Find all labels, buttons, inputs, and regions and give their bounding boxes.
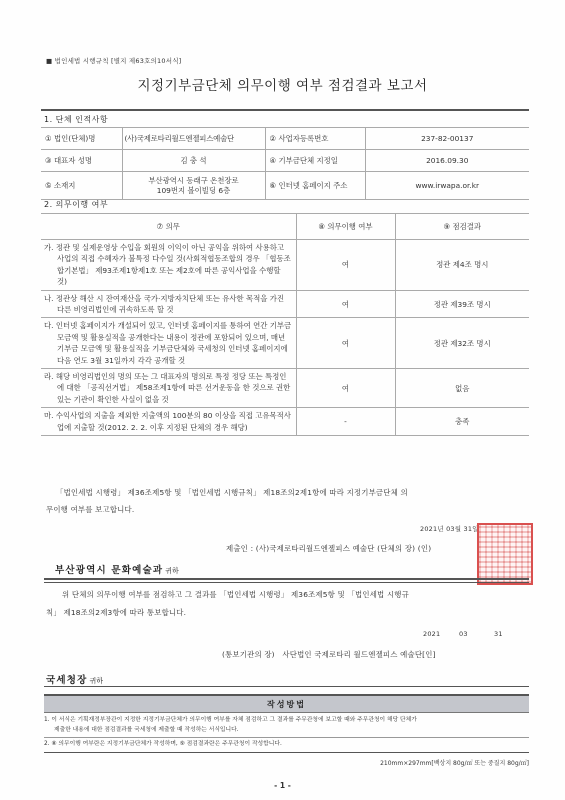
obligation-row: 마. 수익사업의 지출을 제외한 지출액의 100분의 80 이상을 직접 고유…	[41, 408, 529, 436]
notification-date-day: 31	[494, 627, 503, 641]
duty-text: 라. 해당 비영리법인의 명의 또는 그 대표자의 명의로 특정 정당 또는 특…	[44, 371, 292, 405]
obligation-row: 가. 정관 및 실제운영상 수입을 회원의 이익이 아닌 공익을 위하여 사용하…	[41, 240, 529, 291]
submitter: 제출인 : (사)국제로타리월드엔젤피스 예술단 (단체의 장) (인)	[226, 542, 431, 556]
info-row: ① 법인(단체)명 (사)국제로타리월드엔젤피스예술단 ② 사업자등록번호 23…	[41, 128, 529, 150]
address-value: 부산광역시 동래구 온천장로 109번지 볼이빌딩 6층	[122, 172, 265, 200]
duty-text: 가. 정관 및 실제운영상 수입을 회원의 이익이 아닌 공익을 위하여 사용하…	[44, 242, 292, 288]
section1-top-rule	[41, 109, 529, 111]
designation-date-label: ④ 기부금단체 지정일	[265, 150, 365, 172]
duty-cell: 다. 인터넷 홈페이지가 개설되어 있고, 인터넷 홈페이지를 통하여 연간 기…	[41, 318, 296, 369]
notification-date-month: 03	[459, 627, 468, 641]
divider-rule	[44, 582, 529, 583]
result-cell: 정관 제32조 명시	[395, 318, 529, 369]
homepage-label: ⑥ 인터넷 홈페이지 주소	[265, 172, 365, 200]
compliance-cell: 여	[296, 240, 395, 291]
obligation-row: 나. 정관상 해산 시 잔여재산을 국가·지방자치단체 또는 유사한 목적을 가…	[41, 290, 529, 318]
divider-rule	[44, 578, 529, 580]
notification-date-year: 2021	[423, 627, 440, 641]
notification-addressee: 국세청장귀하	[46, 672, 103, 686]
org-name-value: (사)국제로타리월드엔젤피스예술단	[122, 128, 265, 150]
report-statement-line1: 「법인세법 시행령」 제36조제5항 및 「법인세법 시행규칙」 제18조의2제…	[56, 486, 408, 500]
column-compliance: ⑧ 의무이행 여부	[296, 214, 395, 240]
instruction-item-1-line2: 제출한 내용에 대한 점검결과를 국세청에 제출할 때 작성하는 서식입니다.	[54, 726, 239, 736]
compliance-cell: 여	[296, 369, 395, 408]
instructions-heading: 작성방법	[44, 694, 529, 713]
info-row: ③ 대표자 성명 김 충 석 ④ 기부금단체 지정일 2016.09.30	[41, 150, 529, 172]
form-number: ■ 법인세법 시행규칙 [별지 제63호의10서식]	[46, 56, 181, 65]
result-cell: 없음	[395, 369, 529, 408]
divider-rule	[44, 737, 529, 738]
divider-rule	[44, 752, 529, 753]
addressee-suffix: 귀하	[90, 677, 104, 685]
address-label: ⑤ 소재지	[41, 172, 122, 200]
address-line-2: 109번지 볼이빌딩 6층	[127, 186, 261, 196]
instruction-item-2: 2. ⑧ 의무이행 여부란은 지정기부금단체가 작성하며, ⑨ 점검결과란은 주…	[44, 740, 282, 750]
business-number-label: ② 사업자등록번호	[265, 128, 365, 150]
business-number-value: 237-82-00137	[365, 128, 529, 150]
addressee-suffix: 귀하	[165, 567, 179, 575]
addressee-name: 국세청장	[46, 675, 88, 686]
organization-info-table: ① 법인(단체)명 (사)국제로타리월드엔젤피스예술단 ② 사업자등록번호 23…	[41, 127, 529, 200]
homepage-value: www.irwapa.or.kr	[365, 172, 529, 200]
info-row: ⑤ 소재지 부산광역시 동래구 온천장로 109번지 볼이빌딩 6층 ⑥ 인터넷…	[41, 172, 529, 200]
obligations-table: ⑦ 의무 ⑧ 의무이행 여부 ⑨ 점검결과 가. 정관 및 실제운영상 수입을 …	[41, 213, 529, 436]
instruction-item-1-line1: 1. 이 서식은 기획재정부장관이 지정한 지정기부금단체가 의무이행 여부를 …	[44, 716, 417, 726]
obligations-header-row: ⑦ 의무 ⑧ 의무이행 여부 ⑨ 점검결과	[41, 214, 529, 240]
obligation-row: 라. 해당 비영리법인의 명의 또는 그 대표자의 명의로 특정 정당 또는 특…	[41, 369, 529, 408]
notification-line1: 위 단체의 의무이행 여부를 점검하고 그 결과를 「법인세법 시행령」 제36…	[62, 588, 409, 602]
representative-value: 김 충 석	[122, 150, 265, 172]
compliance-cell: -	[296, 408, 395, 436]
duty-cell: 가. 정관 및 실제운영상 수입을 회원의 이익이 아닌 공익을 위하여 사용하…	[41, 240, 296, 291]
org-name-label: ① 법인(단체)명	[41, 128, 122, 150]
paper-size-spec: 210mm×297mm[백상지 80g/㎡ 또는 중질지 80g/㎡]	[380, 758, 529, 767]
notification-line2: 칙」 제18조의2제3항에 따라 통보합니다.	[46, 606, 186, 620]
obligation-row: 다. 인터넷 홈페이지가 개설되어 있고, 인터넷 홈페이지를 통하여 연간 기…	[41, 318, 529, 369]
duty-cell: 마. 수익사업의 지출을 제외한 지출액의 100분의 80 이상을 직접 고유…	[41, 408, 296, 436]
duty-text: 다. 인터넷 홈페이지가 개설되어 있고, 인터넷 홈페이지를 통하여 연간 기…	[44, 320, 292, 366]
section1-heading: 1. 단체 인적사항	[44, 114, 108, 125]
section2-heading: 2. 의무이행 여부	[44, 199, 108, 210]
compliance-cell: 여	[296, 290, 395, 318]
duty-text: 나. 정관상 해산 시 잔여재산을 국가·지방자치단체 또는 유사한 목적을 가…	[44, 293, 292, 316]
report-statement-line2: 무이행 여부를 보고합니다.	[46, 503, 134, 517]
representative-label: ③ 대표자 성명	[41, 150, 122, 172]
divider-rule	[44, 686, 529, 687]
duty-text: 마. 수익사업의 지출을 제외한 지출액의 100분의 80 이상을 직접 고유…	[44, 410, 292, 433]
compliance-cell: 여	[296, 318, 395, 369]
result-cell: 충족	[395, 408, 529, 436]
column-duty: ⑦ 의무	[41, 214, 296, 240]
notification-signer: (통보기관의 장) 사단법인 국제로타리 월드엔젤피스 예술단[인]	[222, 648, 436, 662]
page-title: 지정기부금단체 의무이행 여부 점검결과 보고서	[0, 74, 565, 94]
report-addressee: 부산광역시 문화예술과귀하	[55, 562, 179, 576]
designation-date-value: 2016.09.30	[365, 150, 529, 172]
addressee-name: 부산광역시 문화예술과	[55, 565, 163, 576]
official-seal-stamp	[477, 523, 533, 585]
column-result: ⑨ 점검결과	[395, 214, 529, 240]
duty-cell: 라. 해당 비영리법인의 명의 또는 그 대표자의 명의로 특정 정당 또는 특…	[41, 369, 296, 408]
result-cell: 정관 제4조 명시	[395, 240, 529, 291]
address-line-1: 부산광역시 동래구 온천장로	[127, 176, 261, 186]
result-cell: 정관 제39조 명시	[395, 290, 529, 318]
report-date: 2021년 03월 31일	[420, 522, 479, 536]
duty-cell: 나. 정관상 해산 시 잔여재산을 국가·지방자치단체 또는 유사한 목적을 가…	[41, 290, 296, 318]
page-number: - 1 -	[0, 781, 565, 790]
